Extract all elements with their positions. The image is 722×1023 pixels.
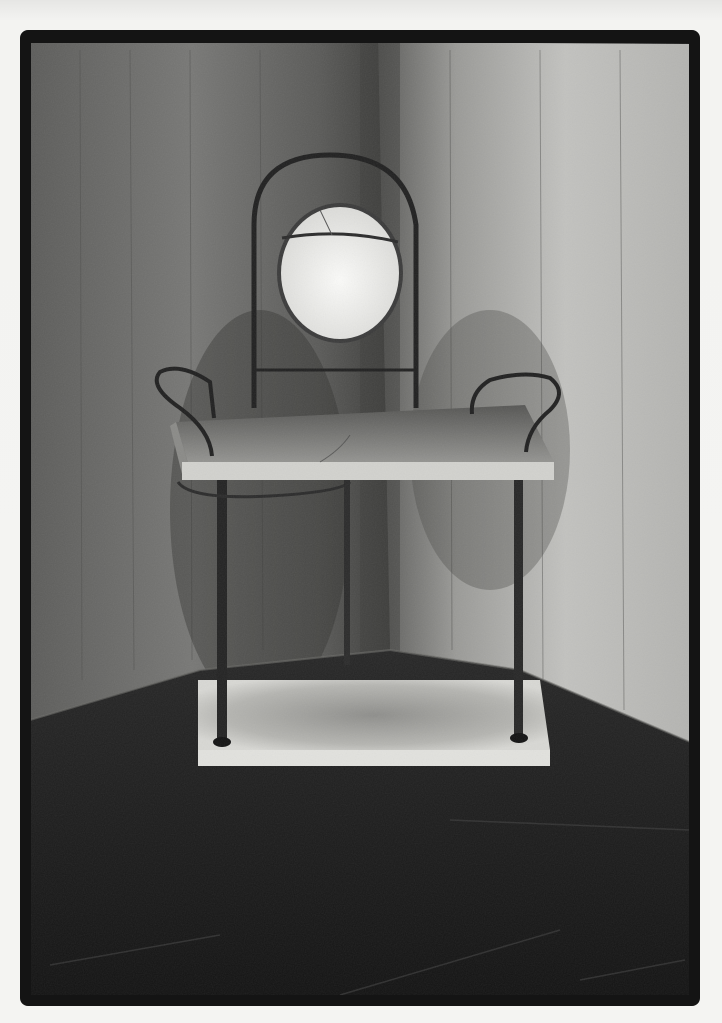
photograph-print xyxy=(20,30,700,1006)
photograph xyxy=(20,30,700,1006)
